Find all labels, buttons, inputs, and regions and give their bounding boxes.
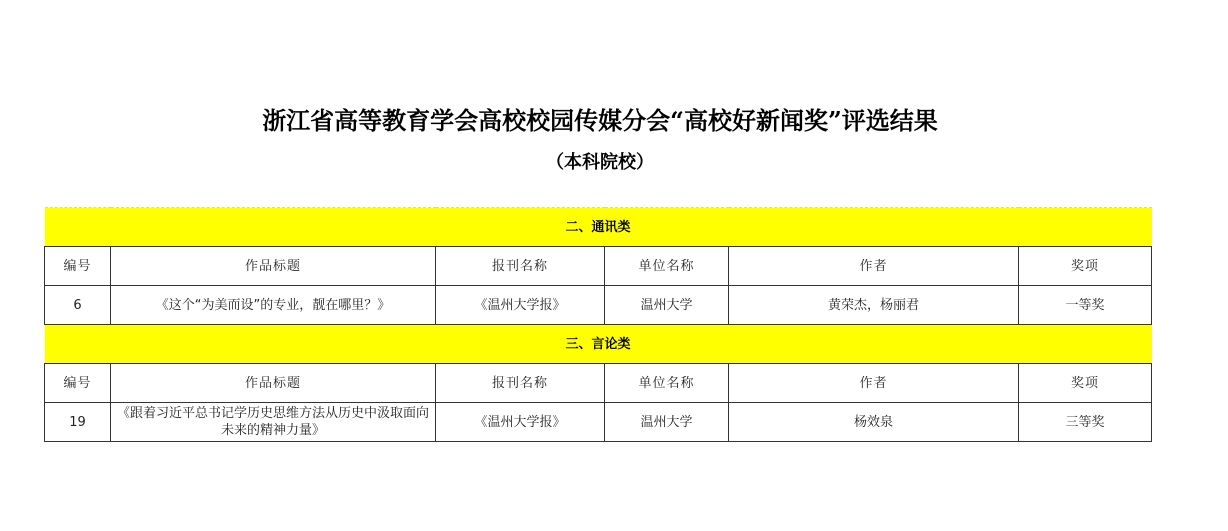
cell-unit: 温州大学 bbox=[605, 403, 729, 442]
cell-number: 19 bbox=[45, 403, 111, 442]
cell-publication: 《温州大学报》 bbox=[436, 286, 605, 325]
header-number: 编号 bbox=[45, 247, 111, 286]
cell-unit: 温州大学 bbox=[605, 286, 729, 325]
table-row: 19 《跟着习近平总书记学历史思维方法从历史中汲取面向未来的精神力量》 《温州大… bbox=[45, 403, 1152, 442]
document-title: 浙江省高等教育学会高校校园传媒分会“高校好新闻奖”评选结果 bbox=[0, 103, 1200, 139]
header-author: 作者 bbox=[729, 247, 1019, 286]
section-heading-tongxun: 二、通讯类 bbox=[45, 208, 1152, 247]
cell-publication: 《温州大学报》 bbox=[436, 403, 605, 442]
section-heading-row: 三、言论类 bbox=[45, 325, 1152, 364]
cell-author: 杨效泉 bbox=[729, 403, 1019, 442]
table-header-row: 编号 作品标题 报刊名称 单位名称 作者 奖项 bbox=[45, 364, 1152, 403]
header-author: 作者 bbox=[729, 364, 1019, 403]
header-unit: 单位名称 bbox=[605, 364, 729, 403]
header-publication: 报刊名称 bbox=[436, 247, 605, 286]
cell-award: 三等奖 bbox=[1019, 403, 1152, 442]
cell-author: 黄荣杰，杨丽君 bbox=[729, 286, 1019, 325]
document-subtitle: （本科院校） bbox=[0, 148, 1200, 178]
header-unit: 单位名称 bbox=[605, 247, 729, 286]
section-heading-yanlun: 三、言论类 bbox=[45, 325, 1152, 364]
cell-award: 一等奖 bbox=[1019, 286, 1152, 325]
results-table: 二、通讯类 编号 作品标题 报刊名称 单位名称 作者 奖项 6 《这个“为美而设… bbox=[44, 207, 1152, 442]
header-title: 作品标题 bbox=[111, 247, 436, 286]
header-number: 编号 bbox=[45, 364, 111, 403]
cell-title: 《这个“为美而设”的专业，靓在哪里？》 bbox=[111, 286, 436, 325]
header-award: 奖项 bbox=[1019, 364, 1152, 403]
cell-number: 6 bbox=[45, 286, 111, 325]
section-heading-row: 二、通讯类 bbox=[45, 208, 1152, 247]
header-award: 奖项 bbox=[1019, 247, 1152, 286]
cell-title: 《跟着习近平总书记学历史思维方法从历史中汲取面向未来的精神力量》 bbox=[111, 403, 436, 442]
table-row: 6 《这个“为美而设”的专业，靓在哪里？》 《温州大学报》 温州大学 黄荣杰，杨… bbox=[45, 286, 1152, 325]
header-publication: 报刊名称 bbox=[436, 364, 605, 403]
header-title: 作品标题 bbox=[111, 364, 436, 403]
table-header-row: 编号 作品标题 报刊名称 单位名称 作者 奖项 bbox=[45, 247, 1152, 286]
